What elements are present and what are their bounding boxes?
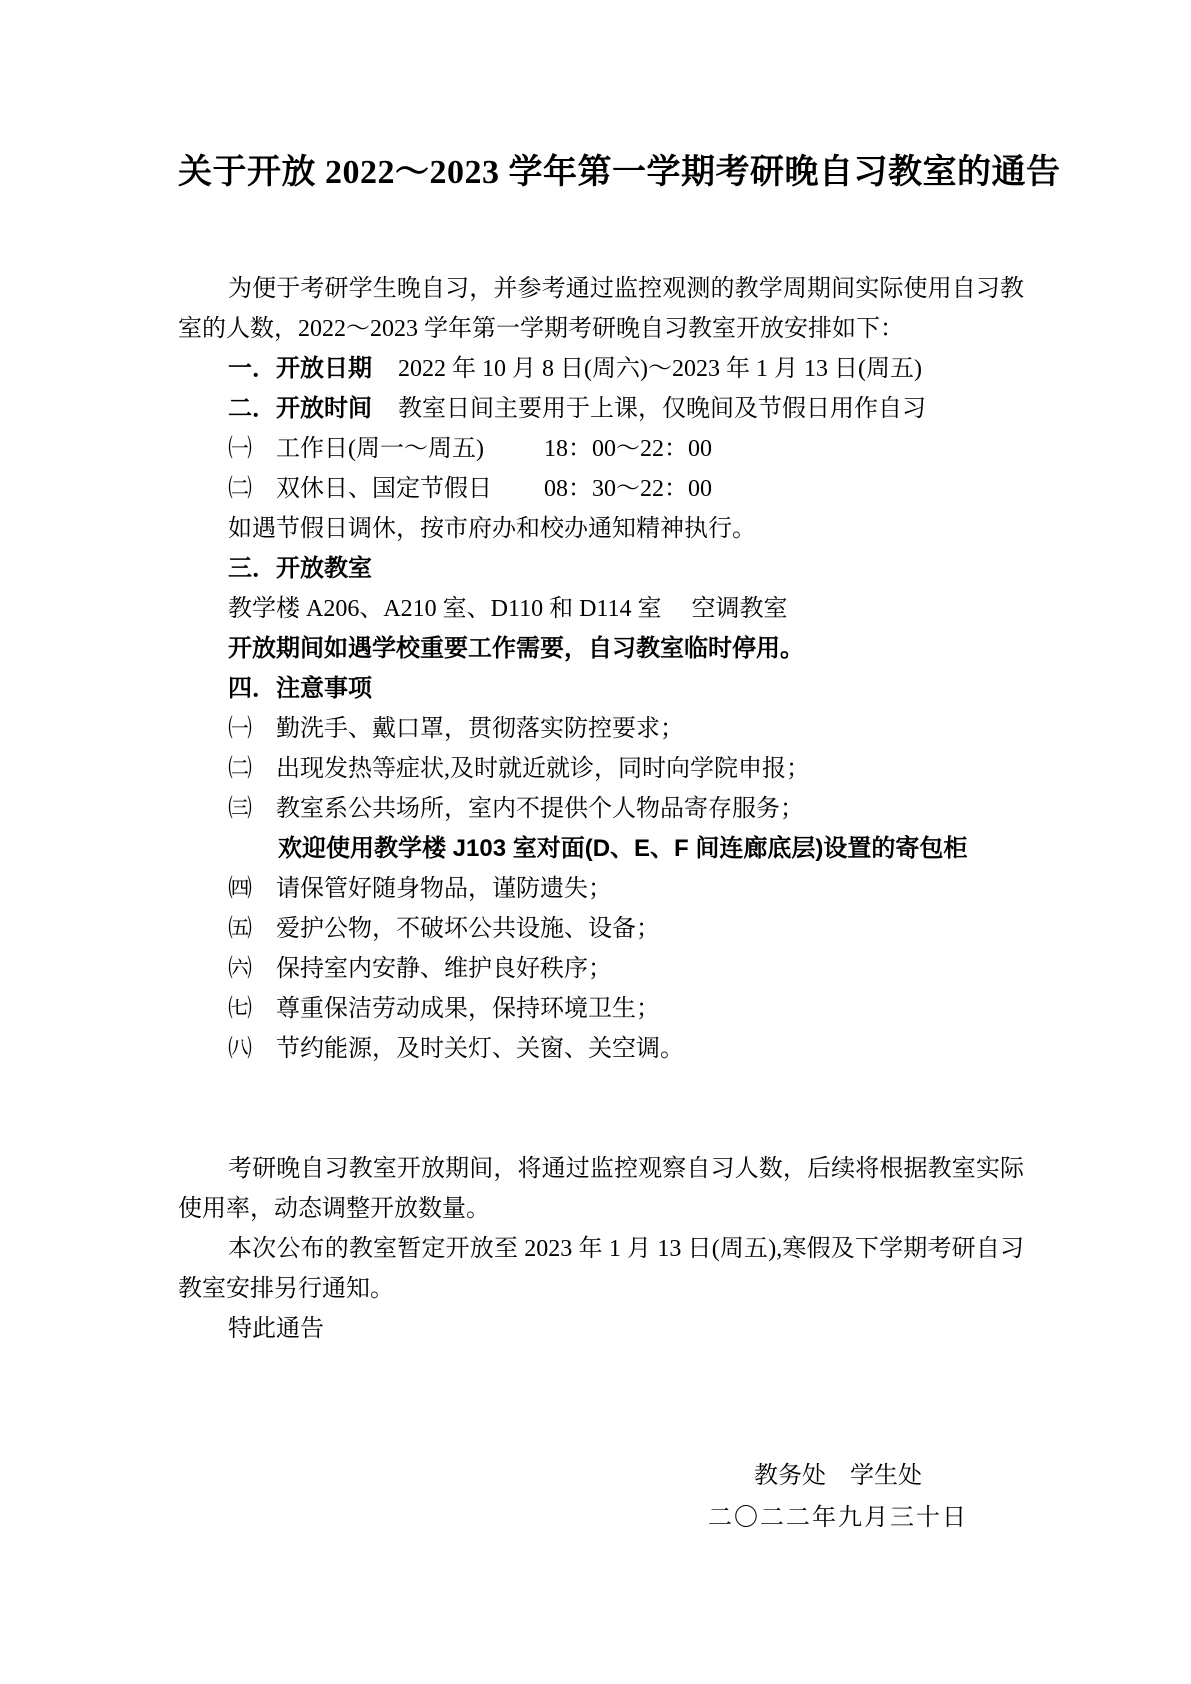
hours-row-weekend: ㈡ 双休日、国定节假日 08：30～22：00 <box>178 469 1024 509</box>
section-2-text: 教室日间主要用于上课，仅晚间及节假日用作自习 <box>398 396 926 422</box>
section-2-heading: 二．开放时间 <box>228 395 372 422</box>
weekday-label: 工作日(周一～周五) <box>276 429 544 469</box>
note-text-6: 保持室内安静、维护良好秩序； <box>276 956 612 982</box>
section-1-line: 一．开放日期2022 年 10 月 8 日(周六)～2023 年 1 月 13 … <box>178 349 1024 389</box>
list-marker-two: ㈡ <box>228 469 276 509</box>
signature-date: 二〇二二年九月三十日 <box>668 1497 1008 1539</box>
signature-block: 教务处 学生处 二〇二二年九月三十日 <box>668 1455 1008 1539</box>
note-row-3: ㈢教室系公共场所，室内不提供个人物品寄存服务； <box>178 789 1024 829</box>
weekend-label: 双休日、国定节假日 <box>276 469 544 509</box>
note-row-8: ㈧节约能源，及时关灯、关窗、关空调。 <box>178 1029 1024 1069</box>
note-marker-7: ㈦ <box>228 989 276 1029</box>
note-text-3: 教室系公共场所，室内不提供个人物品寄存服务； <box>276 796 804 822</box>
section-3-heading: 三．开放教室 <box>228 555 372 582</box>
closing-paragraph-2: 本次公布的教室暂定开放至 2023 年 1 月 13 日(周五),寒假及下学期考… <box>178 1229 1024 1309</box>
note-text-1: 勤洗手、戴口罩，贯彻落实防控要求； <box>276 716 684 742</box>
section-4-heading: 四．注意事项 <box>228 675 372 702</box>
note-row-1: ㈠勤洗手、戴口罩，贯彻落实防控要求； <box>178 709 1024 749</box>
holiday-adjustment-note: 如遇节假日调休，按市府办和校办通知精神执行。 <box>178 509 1024 549</box>
hours-row-weekday: ㈠ 工作日(周一～周五) 18：00～22：00 <box>178 429 1024 469</box>
note-text-8: 节约能源，及时关灯、关窗、关空调。 <box>276 1036 684 1062</box>
note-marker-8: ㈧ <box>228 1029 276 1069</box>
note-text-5: 爱护公物，不破坏公共设施、设备； <box>276 916 660 942</box>
rooms-line: 教学楼 A206、A210 室、D110 和 D114 室 空调教室 <box>178 589 1024 629</box>
document-title: 关于开放 2022～2023 学年第一学期考研晚自习教室的通告 <box>178 150 1024 196</box>
suspension-warning: 开放期间如遇学校重要工作需要，自习教室临时停用。 <box>178 629 1024 669</box>
note-text-4: 请保管好随身物品，谨防遗失； <box>276 876 612 902</box>
notice-page: 关于开放 2022～2023 学年第一学期考研晚自习教室的通告 为便于考研学生晚… <box>0 0 1191 1684</box>
weekend-time: 08：30～22：00 <box>544 469 712 509</box>
section-2-line: 二．开放时间教室日间主要用于上课，仅晚间及节假日用作自习 <box>178 389 1024 429</box>
closing-paragraph-1: 考研晚自习教室开放期间，将通过监控观察自习人数，后续将根据教室实际使用率，动态调… <box>178 1149 1024 1229</box>
intro-paragraph: 为便于考研学生晚自习，并参考通过监控观测的教学周期间实际使用自习教室的人数，20… <box>178 269 1024 349</box>
section-1-text: 2022 年 10 月 8 日(周六)～2023 年 1 月 13 日(周五) <box>398 356 922 382</box>
note-text-7: 尊重保洁劳动成果，保持环境卫生； <box>276 996 660 1022</box>
note-marker-3: ㈢ <box>228 789 276 829</box>
signature-departments: 教务处 学生处 <box>668 1455 1008 1497</box>
note-row-7: ㈦尊重保洁劳动成果，保持环境卫生； <box>178 989 1024 1029</box>
closing-statement: 特此通告 <box>178 1309 1024 1349</box>
note-row-4: ㈣请保管好随身物品，谨防遗失； <box>178 869 1024 909</box>
note-text-2: 出现发热等症状,及时就近就诊，同时向学院申报； <box>276 756 810 782</box>
section-1-heading: 一．开放日期 <box>228 355 372 382</box>
section-3-line: 三．开放教室 <box>178 549 1024 589</box>
section-4-line: 四．注意事项 <box>178 669 1024 709</box>
note-marker-5: ㈤ <box>228 909 276 949</box>
note-row-2: ㈡出现发热等症状,及时就近就诊，同时向学院申报； <box>178 749 1024 789</box>
note-marker-1: ㈠ <box>228 709 276 749</box>
note-marker-4: ㈣ <box>228 869 276 909</box>
weekday-time: 18：00～22：00 <box>544 429 712 469</box>
note-row-6: ㈥保持室内安静、维护良好秩序； <box>178 949 1024 989</box>
note-marker-6: ㈥ <box>228 949 276 989</box>
locker-note: 欢迎使用教学楼 J103 室对面(D、E、F 间连廊底层)设置的寄包柜 <box>178 829 1024 869</box>
note-marker-2: ㈡ <box>228 749 276 789</box>
note-row-5: ㈤爱护公物，不破坏公共设施、设备； <box>178 909 1024 949</box>
list-marker-one: ㈠ <box>228 429 276 469</box>
